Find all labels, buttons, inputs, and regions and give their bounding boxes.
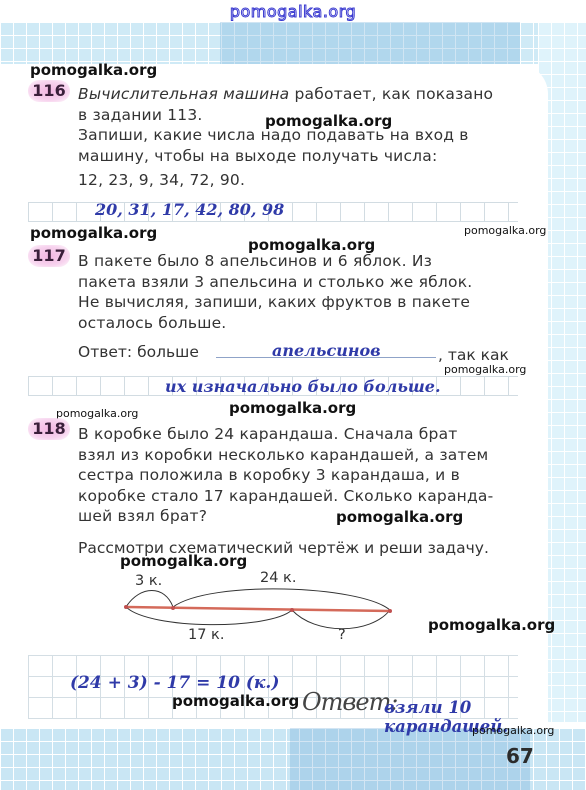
task-117-text: В пакете было 8 апельсинов и 6 яблок. Из… [78, 251, 523, 333]
task-117-line-1: В пакете было 8 апельсинов и 6 яблок. Из [78, 251, 523, 272]
header-watermark: pomogalka.org [0, 2, 586, 21]
task-118-line-1: В коробке было 24 карандаша. Сначала бра… [78, 424, 523, 445]
task-number-badge-116: 116 [28, 80, 70, 102]
watermark: pomogalka.org [428, 616, 555, 634]
task-116-line-4: машину, чтобы на выходе получать числа: [78, 146, 523, 167]
watermark: pomogalka.org [444, 363, 526, 376]
task-117-line-2: пакета взяли 3 апельсина и столько же яб… [78, 272, 523, 293]
watermark: pomogalka.org [172, 692, 299, 710]
task-118-line-3: сестра положила в коробку 3 карандаша, и… [78, 465, 523, 486]
handwritten-answer-116: 20, 31, 17, 42, 80, 98 [95, 200, 284, 219]
scheme-label-17: 17 к. [188, 627, 224, 643]
watermark: pomogalka.org [56, 407, 138, 420]
answer-suffix-117: , так как [438, 346, 509, 364]
answer-prefix-117: Ответ: больше [78, 343, 199, 361]
task-117-line-3: Не вычисляя, запиши, каких фруктов в пак… [78, 292, 523, 313]
page-number: 67 [506, 744, 534, 768]
decorative-tiles-top [0, 22, 586, 64]
schematic-drawing: 3 к. 24 к. 17 к. ? [110, 565, 410, 645]
task-116-line-1: Вычислительная машина работает, как пока… [78, 84, 523, 105]
scheme-label-question: ? [338, 627, 346, 643]
handwritten-answer-117: апельсинов [272, 341, 381, 360]
watermark: pomogalka.org [30, 61, 157, 79]
watermark: pomogalka.org [265, 112, 392, 130]
task-118-line-4: коробке стало 17 карандашей. Сколько кар… [78, 486, 523, 507]
task-116-text: Вычислительная машина работает, как пока… [78, 84, 523, 191]
task-116-title: Вычислительная машина [78, 85, 289, 103]
scheme-label-3: 3 к. [135, 573, 162, 589]
task-117-line-4: осталось больше. [78, 313, 523, 334]
scheme-label-24: 24 к. [260, 570, 296, 586]
handwritten-solution-118: (24 + 3) - 17 = 10 (к.) [70, 673, 279, 693]
watermark: pomogalka.org [229, 399, 356, 417]
task-number-badge-117: 117 [28, 245, 70, 267]
handwritten-reason-117: их изначально было больше. [165, 377, 441, 396]
decorative-tiles-bottom [0, 728, 586, 790]
task-number-badge-118: 118 [28, 418, 70, 440]
watermark: pomogalka.org [472, 724, 554, 737]
watermark: pomogalka.org [336, 508, 463, 526]
task-118-line-2: взял из коробки несколько карандашей, а … [78, 445, 523, 466]
task-116-line-1-rest: работает, как показано [289, 85, 493, 103]
watermark: pomogalka.org [464, 224, 546, 237]
task-116-numbers: 12, 23, 9, 34, 72, 90. [78, 170, 523, 191]
watermark: pomogalka.org [30, 224, 157, 242]
